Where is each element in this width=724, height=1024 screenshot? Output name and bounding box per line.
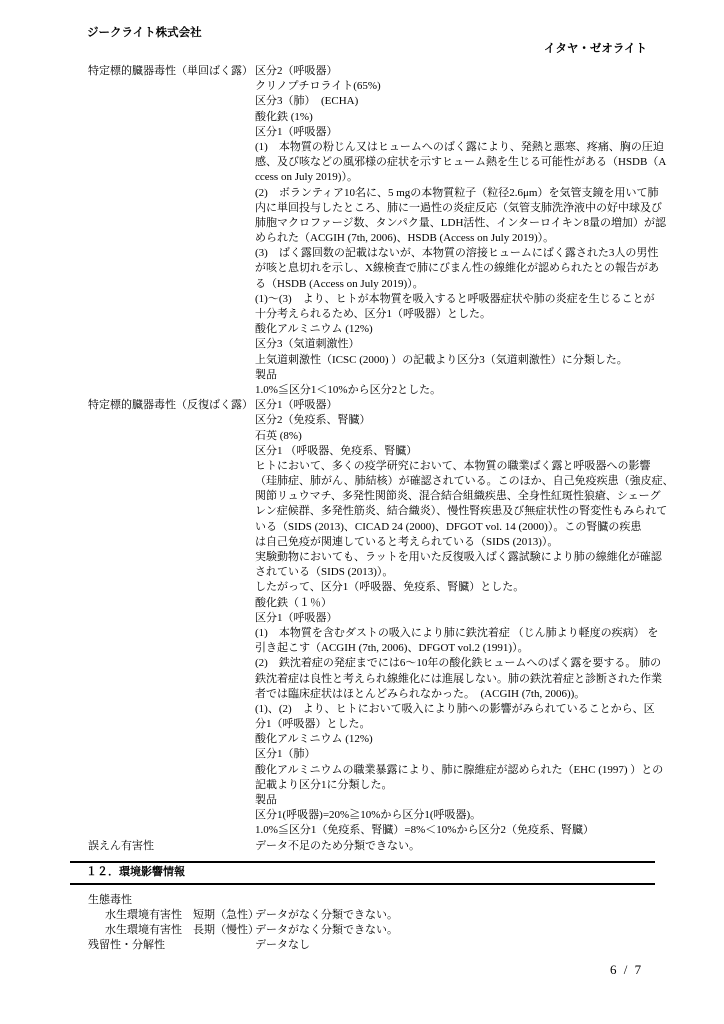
- text-line: 1.0%≦区分1（免疫系、腎臓）=8%＜10%から区分2（免疫系、腎臓）: [255, 823, 696, 838]
- text-line: 区分3（気道刺激性）: [255, 337, 696, 352]
- text-line: (3) ばく露回数の記載はないが、本物質の溶接ヒュームにばく露された3人の男性: [255, 246, 696, 261]
- section-12-header: １２．環境影響情報: [70, 861, 655, 885]
- text-line: 区分2（免疫系、腎臓）: [255, 413, 696, 428]
- aquatic-short-row: 水生環境有害性 短期（急性） データがなく分類できない。: [88, 908, 696, 923]
- text-line: したがって、区分1（呼吸器、免疫系、腎臓）とした。: [255, 580, 696, 595]
- text-line: 関節リュウマチ、多発性関節炎、混合結合組織疾患、全身性紅斑性狼瘡、シェーグ: [255, 489, 696, 504]
- single-exposure-block: 特定標的臓器毒性（単回ばく露） 区分2（呼吸器）クリノプチロライト(65%)区分…: [88, 64, 696, 398]
- text-line: 内に単回投与したところ、肺に一過性の炎症反応（気管支肺洗浄液中の好中球及び: [255, 201, 696, 216]
- aquatic-long-row: 水生環境有害性 長期（慢性） データがなく分類できない。: [88, 923, 696, 938]
- text-line: ccess on July 2019)）。: [255, 170, 696, 185]
- text-line: 者では臨床症状はほとんどみられなかった。 (ACGIH (7th, 2006))…: [255, 687, 696, 702]
- aquatic-short-label: 水生環境有害性 短期（急性）: [88, 908, 255, 923]
- aspiration-hazard-row: 誤えん有害性 データ不足のため分類できない。: [88, 839, 696, 854]
- text-line: 酸化アルミニウム (12%): [255, 322, 696, 337]
- page-number: 6 / 7: [610, 962, 643, 978]
- single-exposure-text: 区分2（呼吸器）クリノプチロライト(65%)区分3（肺） (ECHA)酸化鉄 (…: [255, 64, 696, 398]
- section-12-title: １２．環境影響情報: [86, 865, 655, 880]
- text-line: (2) 鉄沈着症の発症までには6～10年の酸化鉄ヒュームへのばく露を要する。 肺…: [255, 656, 696, 671]
- text-line: されている（SIDS (2013)）。: [255, 565, 696, 580]
- company-name: ジークライト株式会社: [87, 24, 202, 40]
- text-line: 鉄沈着症は良性と考えられ線維化には進展しない。肺の鉄沈着症と診断された作業: [255, 672, 696, 687]
- text-line: 酸化鉄 (1%): [255, 110, 696, 125]
- text-line: 肺胞マクロファージ数、タンパク量、LDH活性、インターロイキン8量の増加）が認: [255, 216, 696, 231]
- text-line: クリノプチロライト(65%): [255, 79, 696, 94]
- text-line: 区分1(呼吸器)=20%≧10%から区分1(呼吸器)。: [255, 808, 696, 823]
- aquatic-long-label: 水生環境有害性 長期（慢性）: [88, 923, 255, 938]
- text-line: 区分1（呼吸器）: [255, 398, 696, 413]
- text-line: いる（SIDS (2013)、CICAD 24 (2000)、DFGOT vol…: [255, 520, 696, 535]
- single-exposure-label: 特定標的臓器毒性（単回ばく露）: [88, 64, 255, 79]
- text-line: 区分1 （呼吸器、免疫系、腎臓）: [255, 444, 696, 459]
- aspiration-hazard-label: 誤えん有害性: [88, 839, 255, 854]
- text-line: (2) ボランティア10名に、5 mgの本物質粒子（粒径2.6μm）を気管支鏡を…: [255, 186, 696, 201]
- persistence-row: 残留性・分解性 データなし: [88, 938, 696, 953]
- text-line: 実験動物においても、ラットを用いた反復吸入ばく露試験により肺の線維化が確認: [255, 550, 696, 565]
- text-line: 記載より区分1に分類した。: [255, 778, 696, 793]
- text-line: 引き起こす（ACGIH (7th, 2006)、DFGOT vol.2 (199…: [255, 641, 696, 656]
- text-line: 製品: [255, 368, 696, 383]
- text-line: 十分考えられるため、区分1（呼吸器）とした。: [255, 307, 696, 322]
- text-line: （珪肺症、肺がん、肺結核）が確認されている。このほか、自己免疫疾患（強皮症、: [255, 474, 696, 489]
- page-content: 特定標的臓器毒性（単回ばく露） 区分2（呼吸器）クリノプチロライト(65%)区分…: [88, 64, 696, 954]
- text-line: 区分1（肺）: [255, 747, 696, 762]
- ecotoxicity-heading: 生態毒性: [88, 893, 696, 908]
- text-line: 感、及び咳などの風邪様の症状を示すヒューム熱を生じる可能性がある（HSDB（A: [255, 155, 696, 170]
- text-line: 酸化鉄（１％）: [255, 596, 696, 611]
- text-line: レン症候群、多発性筋炎、結合織炎）、慢性腎疾患及び無症状性の腎変性もみられて: [255, 504, 696, 519]
- text-line: は自己免疫が関連していると考えられている（SIDS (2013)）。: [255, 535, 696, 550]
- text-line: が咳と息切れを示し、X線検査で肺にびまん性の線維化が認められたとの報告があ: [255, 261, 696, 276]
- text-line: 分1（呼吸器）とした。: [255, 717, 696, 732]
- text-line: (1) 本物質を含むダストの吸入により肺に鉄沈着症 （じん肺より軽度の疾病） を: [255, 626, 696, 641]
- text-line: (1)、(2) より、ヒトにおいて吸入により肺への影響がみられていることから、区: [255, 702, 696, 717]
- repeated-exposure-label: 特定標的臓器毒性（反復ばく露）: [88, 398, 255, 413]
- text-line: 区分1（呼吸器）: [255, 611, 696, 626]
- aquatic-long-value: データがなく分類できない。: [255, 923, 696, 938]
- text-line: る（HSDB (Access on July 2019)）。: [255, 277, 696, 292]
- text-line: 上気道刺激性（ICSC (2000) ）の記載より区分3（気道刺激性）に分類した…: [255, 353, 696, 368]
- sds-page: ジークライト株式会社 イタヤ・ゼオライト 特定標的臓器毒性（単回ばく露） 区分2…: [0, 0, 724, 1024]
- product-name: イタヤ・ゼオライト: [544, 40, 647, 56]
- aspiration-hazard-value: データ不足のため分類できない。: [255, 839, 696, 854]
- text-line: 石英 (8%): [255, 429, 696, 444]
- text-line: 区分3（肺） (ECHA): [255, 94, 696, 109]
- text-line: 区分2（呼吸器）: [255, 64, 696, 79]
- text-line: 酸化アルミニウムの職業暴露により、肺に腺維症が認められた（EHC (1997) …: [255, 763, 696, 778]
- text-line: 酸化アルミニウム (12%): [255, 732, 696, 747]
- text-line: 1.0%≦区分1＜10%から区分2とした。: [255, 383, 696, 398]
- text-line: (1) 本物質の粉じん又はヒュームへのばく露により、発熱と悪寒、疼痛、胸の圧迫: [255, 140, 696, 155]
- persistence-value: データなし: [255, 938, 696, 953]
- text-line: ヒトにおいて、多くの疫学研究において、本物質の職業ばく露と呼吸器への影響: [255, 459, 696, 474]
- text-line: (1)～(3) より、ヒトが本物質を吸入すると呼吸器症状や肺の炎症を生じることが: [255, 292, 696, 307]
- persistence-label: 残留性・分解性: [88, 938, 255, 953]
- aquatic-short-value: データがなく分類できない。: [255, 908, 696, 923]
- repeated-exposure-block: 特定標的臓器毒性（反復ばく露） 区分1（呼吸器）区分2（免疫系、腎臓）石英 (8…: [88, 398, 696, 838]
- text-line: められた（ACGIH (7th, 2006)、HSDB (Access on J…: [255, 231, 696, 246]
- text-line: 区分1（呼吸器）: [255, 125, 696, 140]
- repeated-exposure-text: 区分1（呼吸器）区分2（免疫系、腎臓）石英 (8%)区分1 （呼吸器、免疫系、腎…: [255, 398, 696, 838]
- text-line: 製品: [255, 793, 696, 808]
